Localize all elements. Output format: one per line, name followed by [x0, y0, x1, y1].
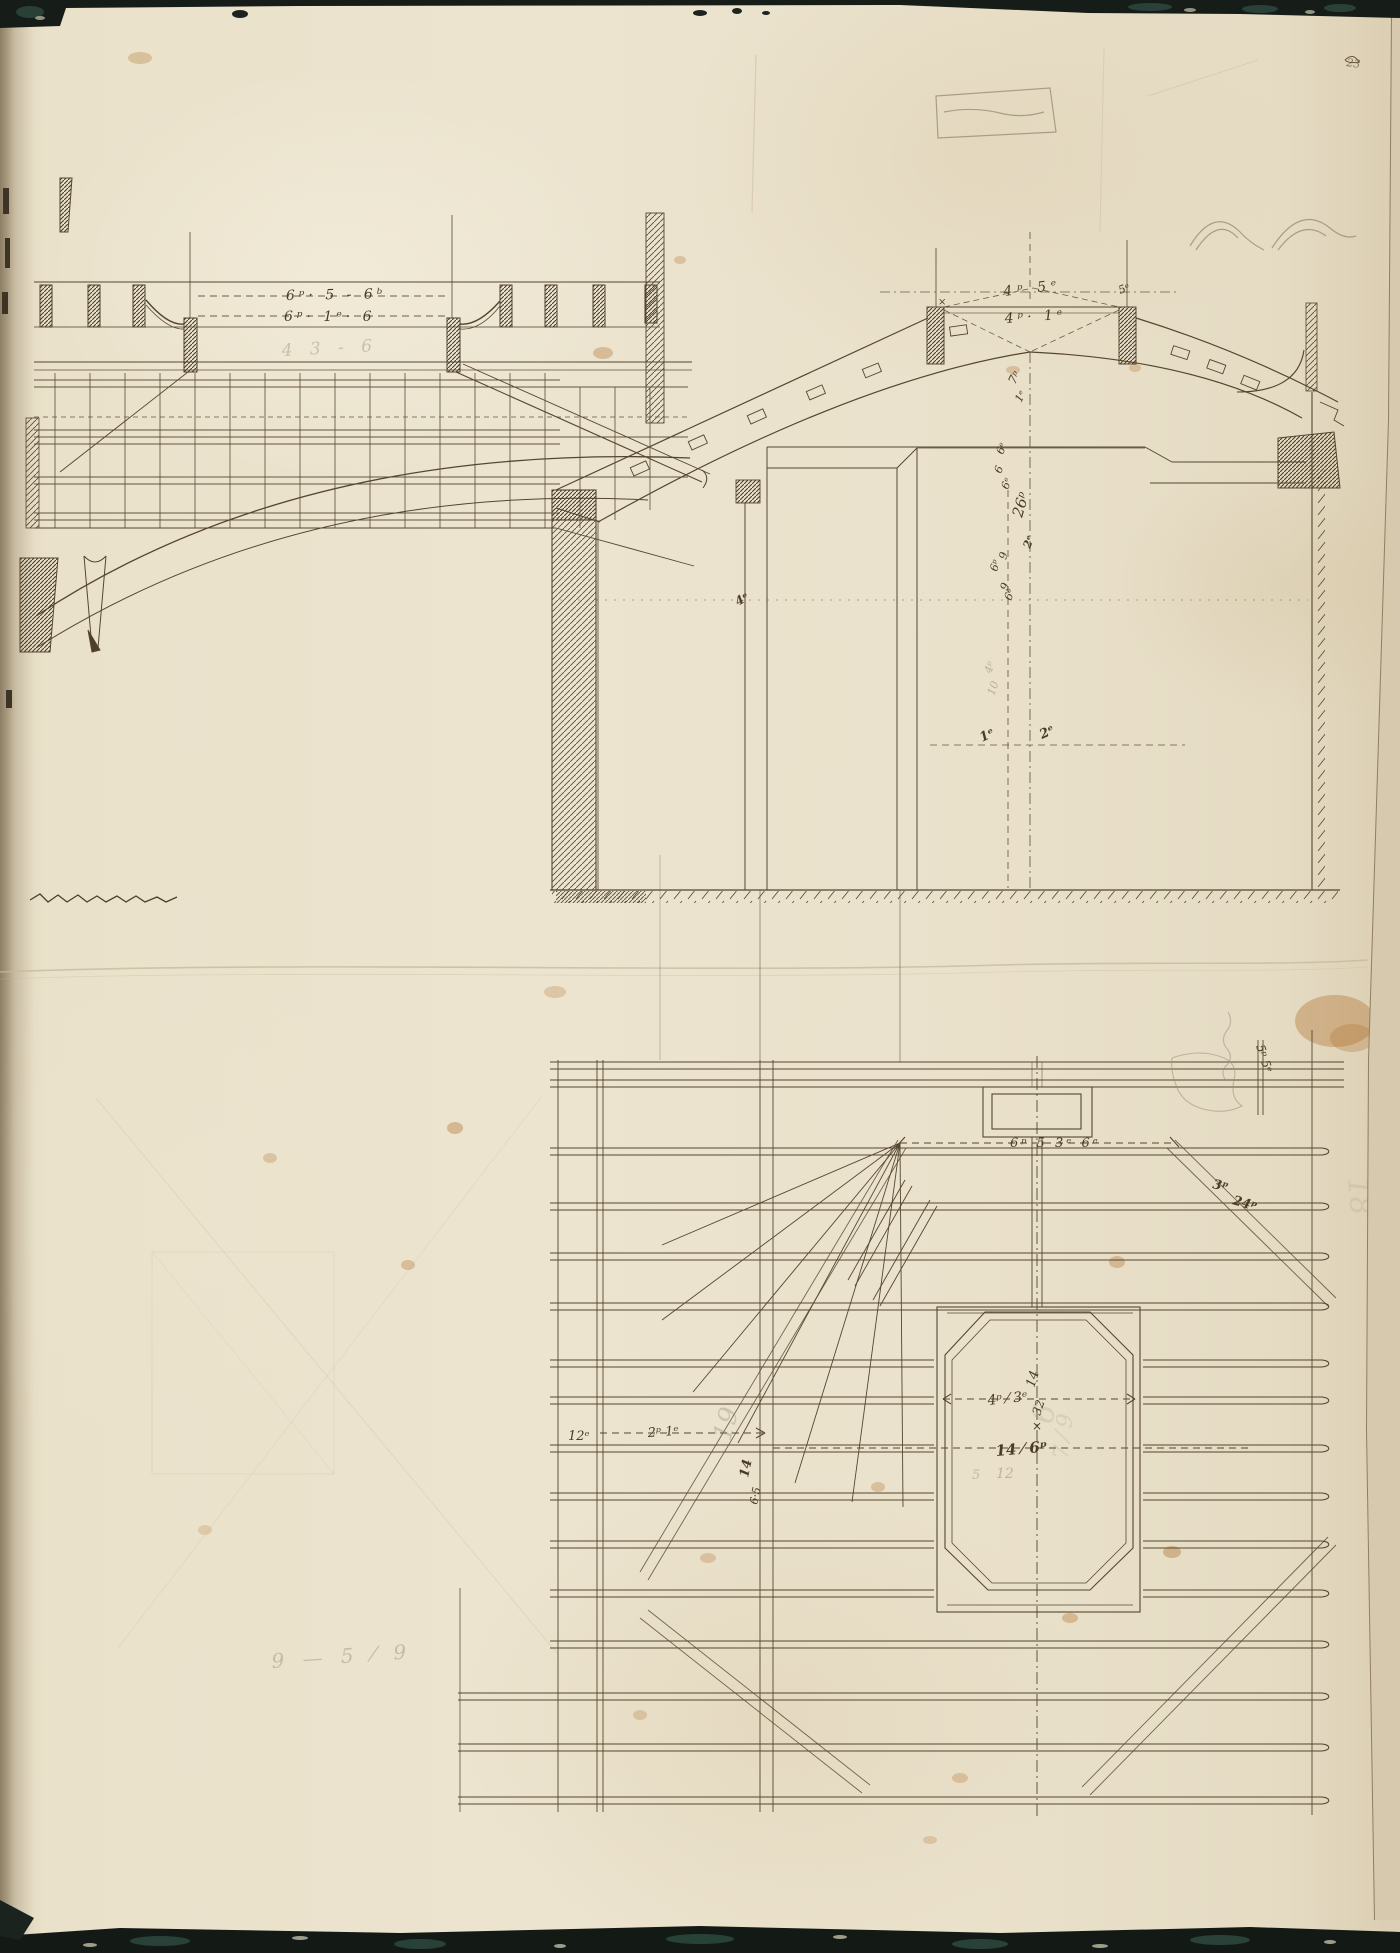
section-corner-tick: × — [938, 297, 946, 308]
elevation-pencil-dim: 4 3 - 6 — [280, 336, 378, 361]
book-cover-bottom — [0, 1900, 1400, 1953]
centerline-mark: 2ᵉ — [1020, 534, 1037, 551]
plan-drawing — [458, 1030, 1344, 1820]
section-base-tick-left: 1ᵉ — [977, 726, 997, 746]
section-right-corbel — [1278, 432, 1340, 488]
section-wall-mark: 4ᵉ — [733, 590, 752, 609]
page-right-edge: 23 — [1345, 14, 1400, 1920]
plan-center-dim-b: 14 ⁄ 6ᵖ — [995, 1438, 1048, 1460]
plan-octagon-frame — [937, 1307, 1140, 1612]
arch-bolt-mortises — [630, 325, 1260, 476]
section-chimney-hood — [767, 447, 1306, 483]
book-cover-top — [0, 0, 1400, 28]
plan-left-pencil: 19 — [708, 1404, 746, 1444]
margin-zigzag-mark — [30, 894, 177, 902]
plan-right-scribble-a: 3ᵖ — [1211, 1177, 1229, 1195]
centerline-mark: 6ᵉ — [1002, 587, 1018, 602]
section-apex-post-right — [1119, 307, 1136, 364]
scanned-page: { "page": { "corner_mark": "23" }, "elev… — [0, 0, 1400, 1953]
centerline-mark: 6 — [992, 464, 1007, 475]
plan-center-rot-a: 14 — [1024, 1369, 1043, 1389]
plan-top-dim: 6ᵖ 5 3ᵉ 6ᵉ — [1010, 1136, 1101, 1151]
drawing-canvas: 6ᵖ· 5 - 6ᵇ 6ᵖ· 1ᵉ· 6 4 3 - 6 — [0, 0, 1400, 1953]
plan-center-ghost-b: 7 ⁄ 9 — [1049, 1413, 1079, 1461]
section-post-mark: 5ᵉ — [1117, 281, 1132, 297]
plan-right-pencil-scribble — [1223, 1012, 1231, 1081]
plan-center-dim-a: 4ᵖ ⁄ 3ᵉ — [986, 1389, 1029, 1409]
elevation-drawing — [2, 178, 710, 708]
centerline-mark: 9 — [996, 551, 1010, 561]
elevation-dim-bottom: 6ᵖ· 1ᵉ· 6 — [284, 309, 376, 325]
plan-annotations: 6ᵖ 5 3ᵉ 6ᵉ 12ᵉ 2ᵖ 1ᵉ 14 6·5 19 4ᵖ ⁄ 3ᵉ 1… — [271, 1012, 1379, 1673]
centerline-mark: 1ᵉ — [1012, 388, 1029, 404]
section-apex-dim-top: 4ᵖ 5ᵉ — [1002, 277, 1063, 300]
plan-left-rot-a: 14 — [737, 1458, 755, 1479]
section-base-tick-right: 2ᵉ — [1036, 723, 1057, 743]
centerline-mark: 6ᵖ — [987, 558, 1003, 573]
plan-chimney-rect — [983, 1062, 1092, 1307]
elevation-dim-top: 6ᵖ· 5 - 6ᵇ — [286, 286, 387, 304]
plan-beams — [458, 1062, 1344, 1804]
plan-center-pencil-b: 5 — [972, 1468, 980, 1483]
section-apex-dim-bottom: 4ᵖ· 1ᵉ — [1003, 307, 1067, 327]
page-corner-mark: 23 — [1345, 56, 1362, 71]
plan-center-pencil-a: 12 — [996, 1466, 1014, 1482]
pencil-sketches — [936, 88, 1356, 250]
centerline-mark: 4ᵖ — [981, 659, 998, 676]
plan-left-dim-b: 2ᵖ 1ᵉ — [646, 1424, 679, 1441]
centerline-mark: 10 — [985, 679, 1002, 697]
section-left-wall — [552, 520, 596, 890]
centerline-mark: 6ᵉ — [994, 441, 1010, 456]
section-apex-post-left — [927, 307, 944, 364]
plan-right-rot: 5ᵖ 5ᵉ — [1253, 1043, 1275, 1075]
paper-creases — [0, 48, 1368, 1652]
plan-right-scribble-b: 24ᵖ — [1230, 1193, 1259, 1214]
centerline-mark: 26ᵖ — [1008, 490, 1032, 520]
section-drawing — [550, 232, 1344, 1062]
section-arch-band — [556, 318, 1344, 522]
elevation-annotations: 6ᵖ· 5 - 6ᵇ 6ᵖ· 1ᵉ· 6 4 3 - 6 — [280, 286, 386, 361]
plan-left-rot-b: 6·5 — [747, 1486, 763, 1506]
plan-left-dim-a: 12ᵉ — [568, 1429, 590, 1444]
centerline-mark: 6ᵉ — [999, 476, 1015, 491]
plan-bottom-pencil: 9 — 5 ⁄ 9 — [271, 1639, 413, 1673]
